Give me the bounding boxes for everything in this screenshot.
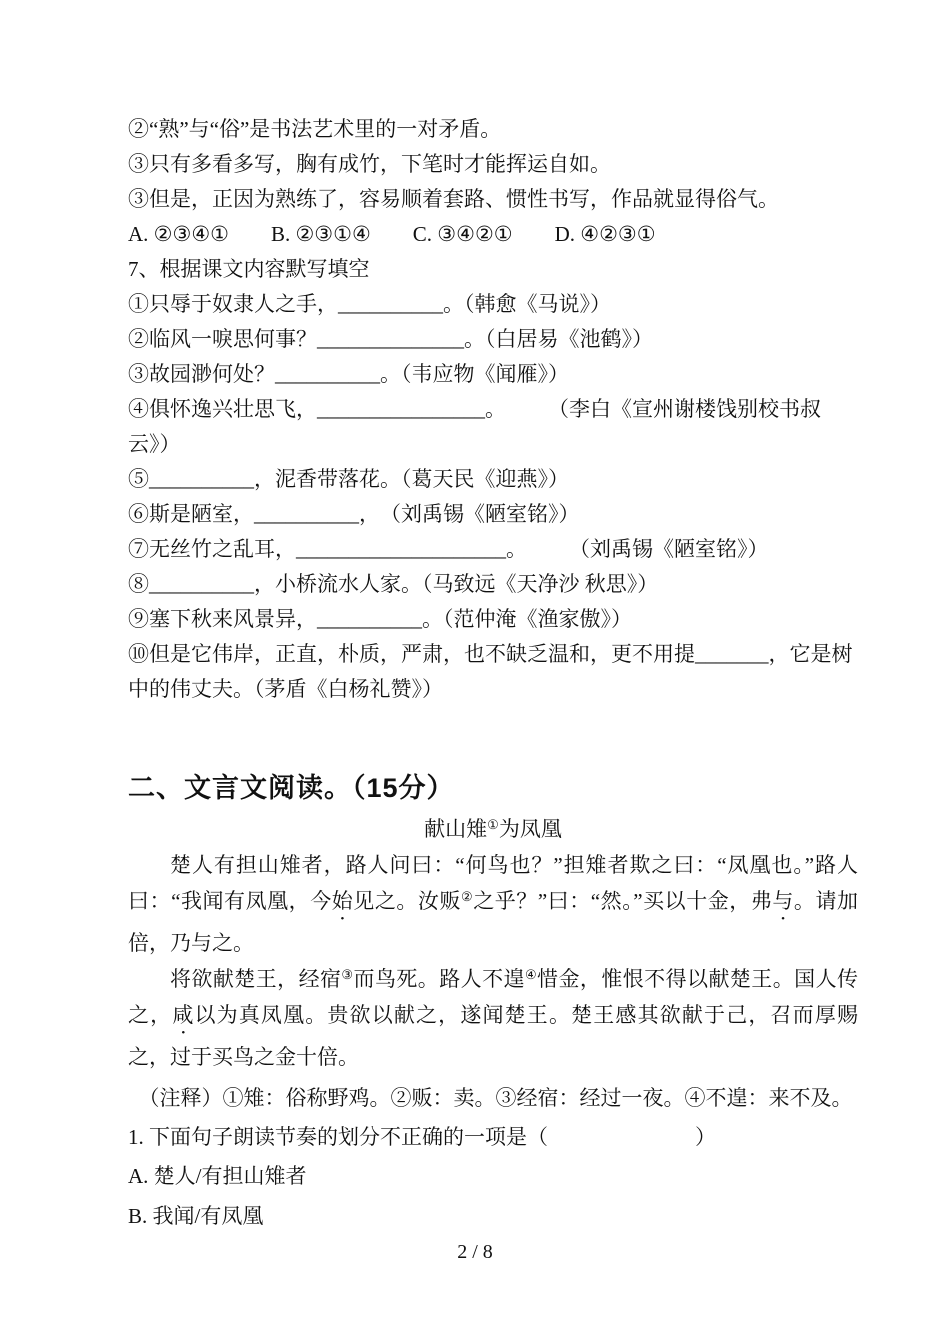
dictation-item-4: ④俱怀逸兴壮思飞，________________。 （李白《宣州谢楼饯别校书叔… — [128, 392, 858, 462]
dictation-item-7: ⑦无丝竹之乱耳，____________________。 （刘禹锡《陋室铭》） — [128, 532, 858, 567]
sort-sentence-4: ③但是，正因为熟练了，容易顺着套路、惯性书写，作品就显得俗气。 — [128, 182, 858, 217]
exam-page: ②“熟”与“俗”是书法艺术里的一对矛盾。 ③只有多看多写，胸有成竹，下笔时才能挥… — [0, 0, 950, 1344]
dictation-item-10: ⑩但是它伟岸，正直，朴质，严肃，也不缺乏温和，更不用提_______，它是树中的… — [128, 637, 858, 707]
section-two: 二、文言文阅读。（15分） 献山雉①为凤凰 楚人有担山雉者，路人问曰：“何鸟也？… — [128, 767, 858, 1235]
passage-title: 献山雉①为凤凰 — [128, 811, 858, 847]
passage-paragraph-2: 将欲献楚王，经宿③而鸟死。路人不遑④惜金，惟恨不得以献楚王。国人传之，咸以为真凤… — [128, 961, 858, 1075]
dictation-item-8: ⑧__________，小桥流水人家。（马致远《天净沙 秋思》） — [128, 567, 858, 602]
dictation-item-6: ⑥斯是陋室，__________， （刘禹锡《陋室铭》） — [128, 497, 858, 532]
classical-passage: 楚人有担山雉者，路人问曰：“何鸟也？”担雉者欺之曰：“凤凰也。”路人曰：“我闻有… — [128, 847, 858, 1075]
passage-paragraph-1: 楚人有担山雉者，路人问曰：“何鸟也？”担雉者欺之曰：“凤凰也。”路人曰：“我闻有… — [128, 847, 858, 961]
question-1-option-a: A. 楚人/有担山雉者 — [128, 1157, 858, 1195]
section-two-heading: 二、文言文阅读。（15分） — [128, 767, 858, 809]
dictation-item-1: ①只辱于奴隶人之手，__________。（韩愈《马说》） — [128, 287, 858, 322]
page-number: 2 / 8 — [0, 1238, 950, 1266]
dictation-item-2: ②临风一唳思何事？______________。（白居易《池鹤》） — [128, 322, 858, 357]
page-body: ②“熟”与“俗”是书法艺术里的一对矛盾。 ③只有多看多写，胸有成竹，下笔时才能挥… — [128, 112, 858, 1235]
dictation-item-5: ⑤__________，泥香带落花。（葛天民《迎燕》） — [128, 462, 858, 497]
sort-options-row: A. ②③④① B. ②③①④ C. ③④②① D. ④②③① — [128, 217, 858, 252]
dictation-item-3: ③故园渺何处？__________。（韦应物《闻雁》） — [128, 357, 858, 392]
sort-sentence-2: ②“熟”与“俗”是书法艺术里的一对矛盾。 — [128, 112, 858, 147]
question-7-title: 7、根据课文内容默写填空 — [128, 252, 858, 287]
passage-notes: （注释）①雉：俗称野鸡。②贩：卖。③经宿：经过一夜。④不遑：来不及。 — [128, 1080, 858, 1116]
sort-sentence-3: ③只有多看多写，胸有成竹，下笔时才能挥运自如。 — [128, 147, 858, 182]
question-1-stem: 1. 下面句子朗读节奏的划分不正确的一项是（ ） — [128, 1119, 858, 1155]
question-1-option-b: B. 我闻/有凤凰 — [128, 1197, 858, 1235]
dictation-item-9: ⑨塞下秋来风景异，__________。（范仲淹《渔家傲》） — [128, 602, 858, 637]
